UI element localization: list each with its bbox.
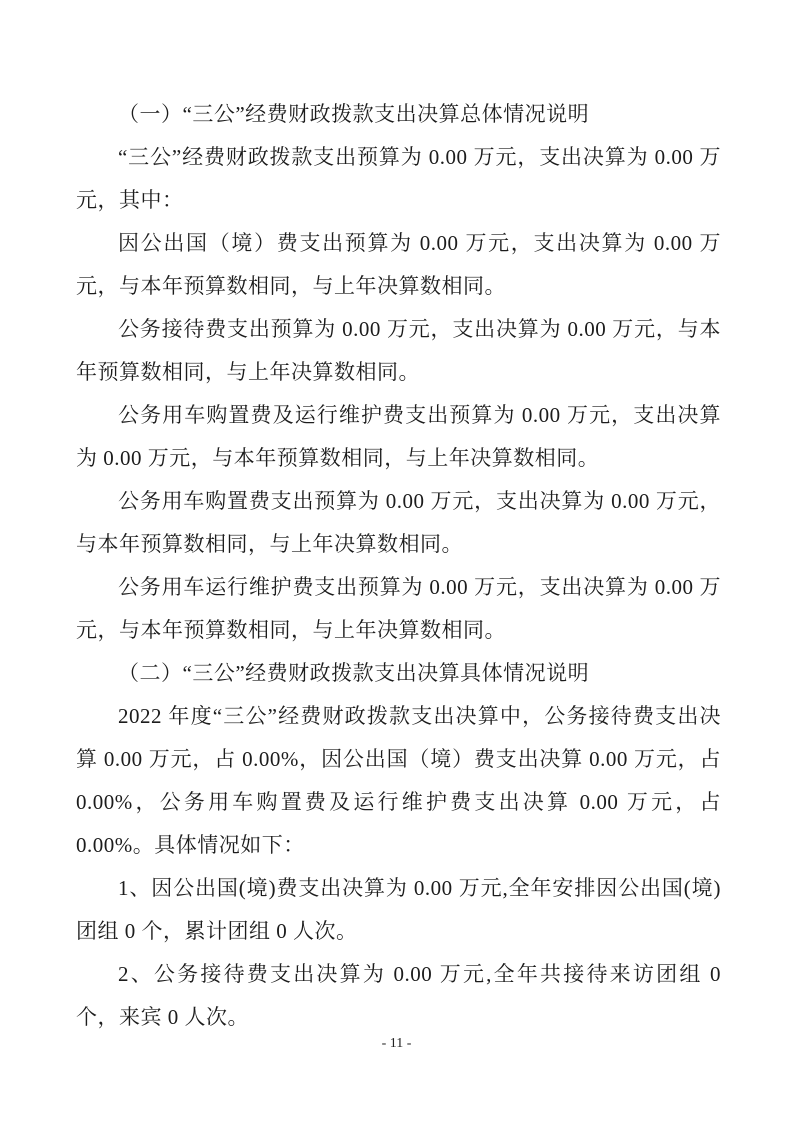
- paragraph-abroad-expense: 因公出国（境）费支出预算为 0.00 万元，支出决算为 0.00 万元，与本年预…: [76, 222, 721, 308]
- section-heading-2: （二）“三公”经费财政拨款支出决算具体情况说明: [76, 652, 721, 695]
- paragraph-vehicle-maintenance: 公务用车运行维护费支出预算为 0.00 万元，支出决算为 0.00 万元，与本年…: [76, 566, 721, 652]
- paragraph-item-2-reception: 2、公务接待费支出决算为 0.00 万元,全年共接待来访团组 0 个，来宾 0 …: [76, 953, 721, 1039]
- document-page: （一）“三公”经费财政拨款支出决算总体情况说明 “三公”经费财政拨款支出预算为 …: [0, 0, 793, 1122]
- paragraph-reception-expense: 公务接待费支出预算为 0.00 万元，支出决算为 0.00 万元，与本年预算数相…: [76, 308, 721, 394]
- paragraph-vehicle-purchase-and-maintenance: 公务用车购置费及运行维护费支出预算为 0.00 万元，支出决算为 0.00 万元…: [76, 394, 721, 480]
- paragraph-overall-summary: “三公”经费财政拨款支出预算为 0.00 万元，支出决算为 0.00 万元，其中…: [76, 136, 721, 222]
- page-number: - 11 -: [0, 1034, 793, 1054]
- section-heading-1: （一）“三公”经费财政拨款支出决算总体情况说明: [76, 93, 721, 136]
- paragraph-vehicle-purchase: 公务用车购置费支出预算为 0.00 万元，支出决算为 0.00 万元，与本年预算…: [76, 480, 721, 566]
- paragraph-item-1-abroad: 1、因公出国(境)费支出决算为 0.00 万元,全年安排因公出国(境)团组 0 …: [76, 867, 721, 953]
- document-body: （一）“三公”经费财政拨款支出决算总体情况说明 “三公”经费财政拨款支出预算为 …: [76, 93, 721, 1039]
- paragraph-detail-summary: 2022 年度“三公”经费财政拨款支出决算中，公务接待费支出决算 0.00 万元…: [76, 695, 721, 867]
